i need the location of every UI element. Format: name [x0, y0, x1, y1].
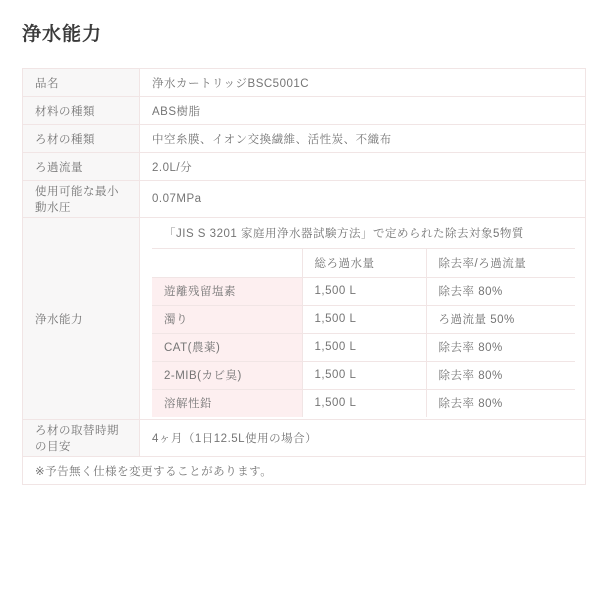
spec-label: ろ材の種類	[23, 125, 140, 153]
spec-label: 品名	[23, 69, 140, 97]
column-header-removal-rate: 除去率/ろ過流量	[426, 249, 575, 277]
product-spec-table: 品名 浄水カートリッジBSC5001C 材料の種類 ABS樹脂 ろ材の種類 中空…	[22, 68, 586, 485]
purification-detail-cell: 「JIS S 3201 家庭用浄水器試験方法」で定められた除去対象5物質 総ろ過…	[140, 218, 586, 420]
spec-row-product-name: 品名 浄水カートリッジBSC5001C	[23, 69, 586, 97]
substance-name: 遊離残留塩素	[152, 277, 302, 305]
column-header-total-filtered: 総ろ過水量	[302, 249, 426, 277]
spec-value: ABS樹脂	[140, 97, 586, 125]
removal-row-free-residual-chlorine: 遊離残留塩素 1,500 L 除去率 80%	[152, 277, 575, 305]
spec-label: 使用可能な最小動水圧	[23, 181, 140, 218]
page-title: 浄水能力	[22, 19, 600, 46]
spec-label: ろ過流量	[23, 153, 140, 181]
spec-label: 材料の種類	[23, 97, 140, 125]
column-header-substance	[152, 249, 302, 277]
spec-footnote: ※予告無く仕様を変更することがあります。	[23, 457, 586, 485]
removal-row-2mib-mold-odor: 2-MIB(カビ臭) 1,500 L 除去率 80%	[152, 361, 575, 389]
spec-label: ろ材の取替時期の目安	[23, 420, 140, 457]
substance-name: 溶解性鉛	[152, 389, 302, 417]
removal-row-cat-pesticide: CAT(農薬) 1,500 L 除去率 80%	[152, 333, 575, 361]
spec-row-replacement-period: ろ材の取替時期の目安 4ヶ月（1日12.5L使用の場合）	[23, 420, 586, 457]
spec-value: 0.07MPa	[140, 181, 586, 218]
removal-performance-table: 総ろ過水量 除去率/ろ過流量 遊離残留塩素 1,500 L 除去率 80% 濁り…	[152, 249, 575, 417]
spec-row-min-water-pressure: 使用可能な最小動水圧 0.07MPa	[23, 181, 586, 218]
removal-rate-value: 除去率 80%	[426, 361, 575, 389]
spec-row-purification-capability: 浄水能力 「JIS S 3201 家庭用浄水器試験方法」で定められた除去対象5物…	[23, 218, 586, 420]
jis-standard-note: 「JIS S 3201 家庭用浄水器試験方法」で定められた除去対象5物質	[152, 220, 575, 249]
spec-row-filter-media-type: ろ材の種類 中空糸膜、イオン交換繊維、活性炭、不織布	[23, 125, 586, 153]
total-filtered-value: 1,500 L	[302, 389, 426, 417]
removal-rate-value: 除去率 80%	[426, 389, 575, 417]
removal-rate-value: 除去率 80%	[426, 277, 575, 305]
total-filtered-value: 1,500 L	[302, 277, 426, 305]
total-filtered-value: 1,500 L	[302, 305, 426, 333]
spec-value: 2.0L/分	[140, 153, 586, 181]
substance-name: CAT(農薬)	[152, 333, 302, 361]
spec-label: 浄水能力	[23, 218, 140, 420]
total-filtered-value: 1,500 L	[302, 361, 426, 389]
spec-row-material-type: 材料の種類 ABS樹脂	[23, 97, 586, 125]
footnote-row: ※予告無く仕様を変更することがあります。	[23, 457, 586, 485]
spec-value: 中空糸膜、イオン交換繊維、活性炭、不織布	[140, 125, 586, 153]
removal-row-soluble-lead: 溶解性鉛 1,500 L 除去率 80%	[152, 389, 575, 417]
removal-rate-value: 除去率 80%	[426, 333, 575, 361]
removal-table-header-row: 総ろ過水量 除去率/ろ過流量	[152, 249, 575, 277]
spec-value: 浄水カートリッジBSC5001C	[140, 69, 586, 97]
spec-row-filtration-flow: ろ過流量 2.0L/分	[23, 153, 586, 181]
spec-value: 4ヶ月（1日12.5L使用の場合）	[140, 420, 586, 457]
removal-row-turbidity: 濁り 1,500 L ろ過流量 50%	[152, 305, 575, 333]
substance-name: 2-MIB(カビ臭)	[152, 361, 302, 389]
total-filtered-value: 1,500 L	[302, 333, 426, 361]
substance-name: 濁り	[152, 305, 302, 333]
removal-rate-value: ろ過流量 50%	[426, 305, 575, 333]
